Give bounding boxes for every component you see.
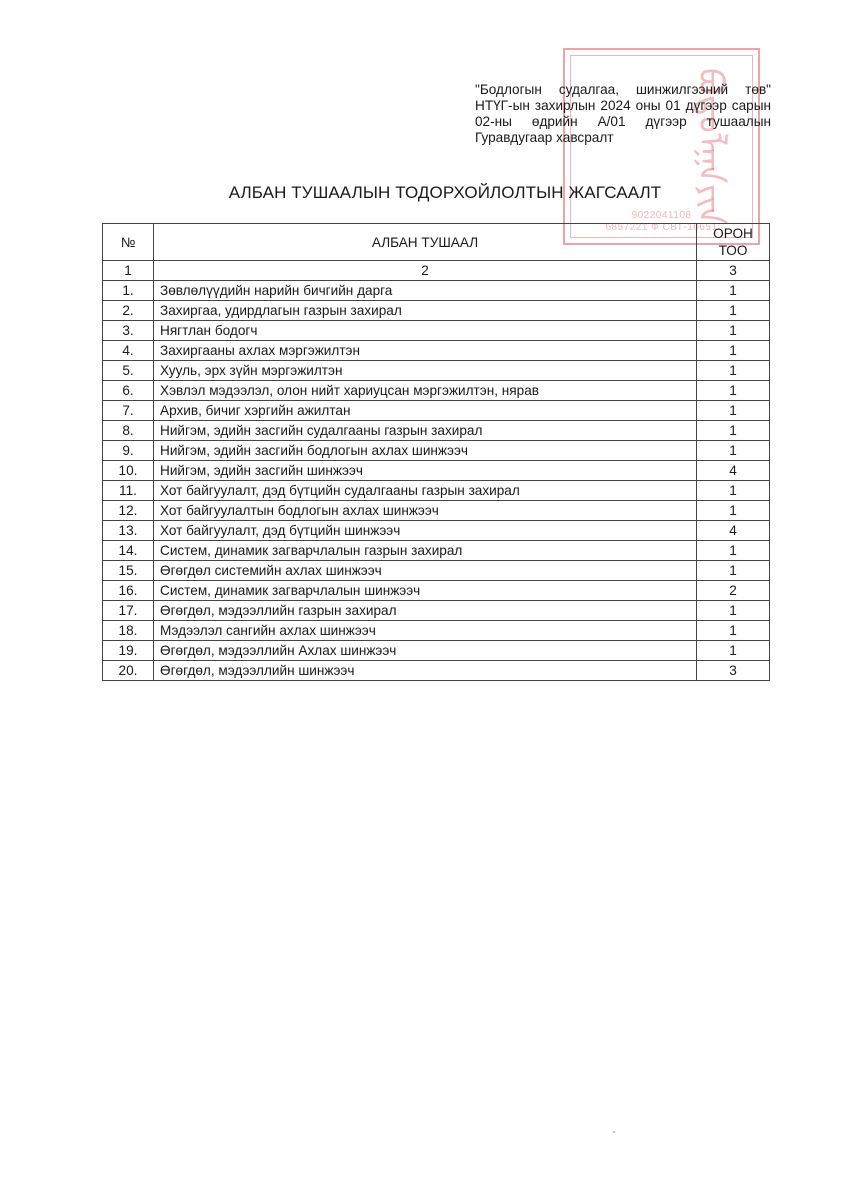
row-count: 1 bbox=[697, 281, 770, 301]
row-count: 3 bbox=[697, 661, 770, 681]
row-position: Хот байгуулалт, дэд бүтцийн шинжээч bbox=[154, 521, 697, 541]
row-no: 9. bbox=[103, 441, 154, 461]
table-row: 18.Мэдээлэл сангийн ахлах шинжээч1 bbox=[103, 621, 770, 641]
row-no: 15. bbox=[103, 561, 154, 581]
row-no: 6. bbox=[103, 381, 154, 401]
column-index-row: 1 2 3 bbox=[103, 261, 770, 281]
table-row: 10.Нийгэм, эдийн засгийн шинжээч4 bbox=[103, 461, 770, 481]
table-row: 1.Зөвлөлүүдийн нарийн бичгийн дарга1 bbox=[103, 281, 770, 301]
row-count: 1 bbox=[697, 301, 770, 321]
row-position: Нийгэм, эдийн засгийн бодлогын ахлах шин… bbox=[154, 441, 697, 461]
table-row: 11.Хот байгуулалт, дэд бүтцийн судалгаан… bbox=[103, 481, 770, 501]
table-row: 13.Хот байгуулалт, дэд бүтцийн шинжээч4 bbox=[103, 521, 770, 541]
row-count: 1 bbox=[697, 481, 770, 501]
row-no: 1. bbox=[103, 281, 154, 301]
row-position: Зөвлөлүүдийн нарийн бичгийн дарга bbox=[154, 281, 697, 301]
row-count: 2 bbox=[697, 581, 770, 601]
row-position: Систем, динамик загварчлалын газрын захи… bbox=[154, 541, 697, 561]
row-no: 10. bbox=[103, 461, 154, 481]
row-position: Өгөгдөл, мэдээллийн газрын захирал bbox=[154, 601, 697, 621]
row-position: Нийгэм, эдийн засгийн шинжээч bbox=[154, 461, 697, 481]
row-position: Хот байгуулалт, дэд бүтцийн судалгааны г… bbox=[154, 481, 697, 501]
row-count: 1 bbox=[697, 381, 770, 401]
row-position: Өгөгдөл, мэдээллийн шинжээч bbox=[154, 661, 697, 681]
table-row: 19.Өгөгдөл, мэдээллийн Ахлах шинжээч1 bbox=[103, 641, 770, 661]
header-count: ОРОН ТОО bbox=[697, 224, 770, 261]
scan-speck bbox=[613, 1131, 615, 1133]
row-count: 1 bbox=[697, 361, 770, 381]
row-position: Хууль, эрх зүйн мэргэжилтэн bbox=[154, 361, 697, 381]
row-no: 19. bbox=[103, 641, 154, 661]
row-count: 1 bbox=[697, 601, 770, 621]
index-count: 3 bbox=[697, 261, 770, 281]
row-no: 17. bbox=[103, 601, 154, 621]
row-position: Захиргаа, удирдлагын газрын захирал bbox=[154, 301, 697, 321]
table-row: 8.Нийгэм, эдийн засгийн судалгааны газры… bbox=[103, 421, 770, 441]
row-count: 1 bbox=[697, 541, 770, 561]
row-position: Архив, бичиг хэргийн ажилтан bbox=[154, 401, 697, 421]
row-no: 16. bbox=[103, 581, 154, 601]
table-row: 12.Хот байгуулалтын бодлогын ахлах шинжэ… bbox=[103, 501, 770, 521]
row-count: 1 bbox=[697, 341, 770, 361]
row-no: 4. bbox=[103, 341, 154, 361]
table-row: 16.Систем, динамик загварчлалын шинжээч2 bbox=[103, 581, 770, 601]
row-position: Хэвлэл мэдээлэл, олон нийт хариуцсан мэр… bbox=[154, 381, 697, 401]
row-position: Нийгэм, эдийн засгийн судалгааны газрын … bbox=[154, 421, 697, 441]
row-no: 7. bbox=[103, 401, 154, 421]
row-position: Нягтлан бодогч bbox=[154, 321, 697, 341]
row-no: 5. bbox=[103, 361, 154, 381]
table-row: 3.Нягтлан бодогч1 bbox=[103, 321, 770, 341]
row-count: 4 bbox=[697, 521, 770, 541]
official-seal-stamp: ᠪᠣᠳᠤᠯᠭᠠᠶᠢᠨ 9022041108 6857221 Ф СВТ-1065… bbox=[563, 48, 760, 245]
row-count: 1 bbox=[697, 621, 770, 641]
row-count: 1 bbox=[697, 421, 770, 441]
row-no: 3. bbox=[103, 321, 154, 341]
table-row: 20.Өгөгдөл, мэдээллийн шинжээч3 bbox=[103, 661, 770, 681]
row-count: 1 bbox=[697, 321, 770, 341]
table-row: 14.Систем, динамик загварчлалын газрын з… bbox=[103, 541, 770, 561]
index-no: 1 bbox=[103, 261, 154, 281]
row-no: 20. bbox=[103, 661, 154, 681]
table-header-row: № АЛБАН ТУШААЛ ОРОН ТОО bbox=[103, 224, 770, 261]
table-row: 4.Захиргааны ахлах мэргэжилтэн1 bbox=[103, 341, 770, 361]
stamp-code-line-1: 9022041108 bbox=[565, 210, 758, 221]
row-position: Систем, динамик загварчлалын шинжээч bbox=[154, 581, 697, 601]
row-position: Захиргааны ахлах мэргэжилтэн bbox=[154, 341, 697, 361]
row-position: Мэдээлэл сангийн ахлах шинжээч bbox=[154, 621, 697, 641]
row-count: 1 bbox=[697, 561, 770, 581]
row-no: 14. bbox=[103, 541, 154, 561]
row-no: 18. bbox=[103, 621, 154, 641]
positions-table: № АЛБАН ТУШААЛ ОРОН ТОО 1 2 3 1.Зөвлөлүү… bbox=[102, 223, 770, 681]
header-no: № bbox=[103, 224, 154, 261]
row-no: 11. bbox=[103, 481, 154, 501]
row-count: 1 bbox=[697, 441, 770, 461]
row-position: Өгөгдөл, мэдээллийн Ахлах шинжээч bbox=[154, 641, 697, 661]
table-row: 17.Өгөгдөл, мэдээллийн газрын захирал1 bbox=[103, 601, 770, 621]
row-count: 1 bbox=[697, 501, 770, 521]
row-count: 1 bbox=[697, 401, 770, 421]
row-no: 2. bbox=[103, 301, 154, 321]
document-title: АЛБАН ТУШААЛЫН ТОДОРХОЙЛОЛТЫН ЖАГСААЛТ bbox=[0, 183, 854, 203]
row-no: 12. bbox=[103, 501, 154, 521]
row-count: 1 bbox=[697, 641, 770, 661]
row-no: 8. bbox=[103, 421, 154, 441]
row-no: 13. bbox=[103, 521, 154, 541]
row-count: 4 bbox=[697, 461, 770, 481]
table-row: 15.Өгөгдөл системийн ахлах шинжээч1 bbox=[103, 561, 770, 581]
table-row: 2.Захиргаа, удирдлагын газрын захирал1 bbox=[103, 301, 770, 321]
table-row: 6.Хэвлэл мэдээлэл, олон нийт хариуцсан м… bbox=[103, 381, 770, 401]
table-row: 5.Хууль, эрх зүйн мэргэжилтэн1 bbox=[103, 361, 770, 381]
index-position: 2 bbox=[154, 261, 697, 281]
row-position: Хот байгуулалтын бодлогын ахлах шинжээч bbox=[154, 501, 697, 521]
row-position: Өгөгдөл системийн ахлах шинжээч bbox=[154, 561, 697, 581]
table-row: 7.Архив, бичиг хэргийн ажилтан1 bbox=[103, 401, 770, 421]
header-position: АЛБАН ТУШААЛ bbox=[154, 224, 697, 261]
table-row: 9.Нийгэм, эдийн засгийн бодлогын ахлах ш… bbox=[103, 441, 770, 461]
annex-reference-note: "Бодлогын судалгаа, шинжилгээний төв" НТ… bbox=[475, 82, 771, 146]
